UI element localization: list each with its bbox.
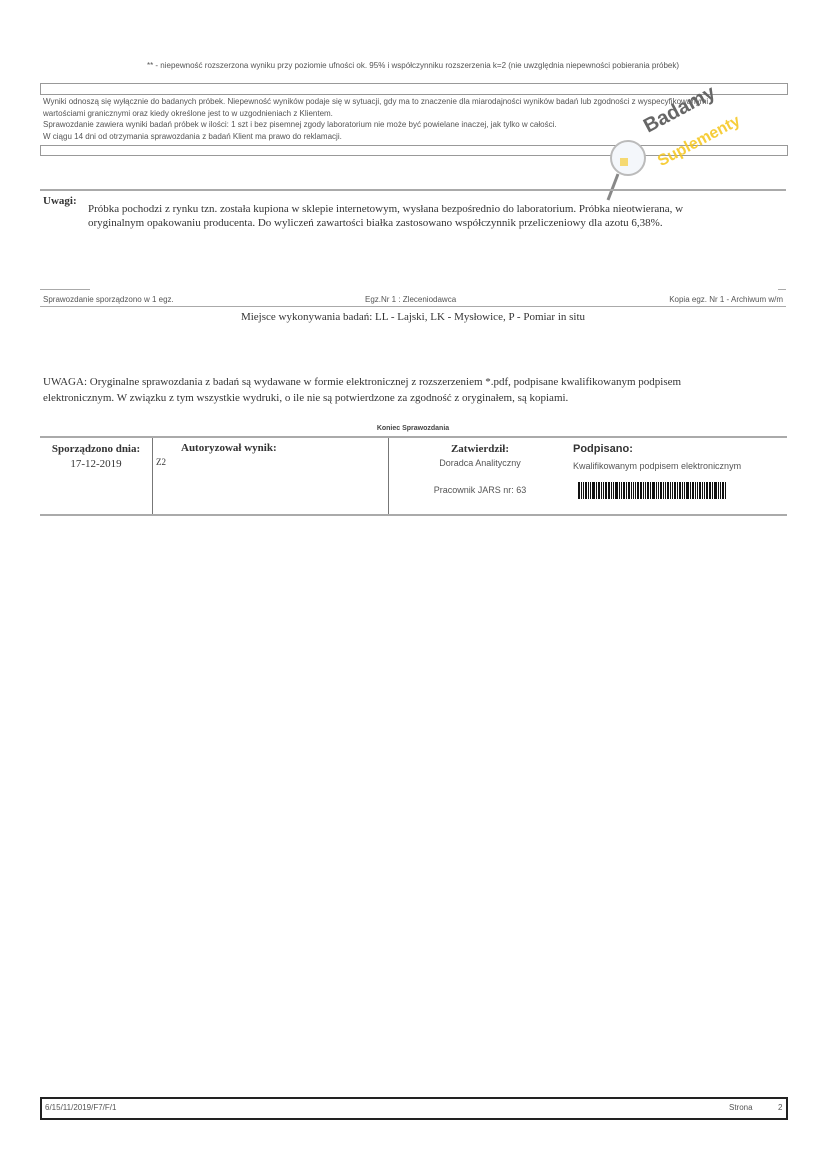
authorized-cell: Autoryzował wynik: Z2 — [153, 438, 388, 514]
page-number: 2 — [778, 1103, 782, 1112]
prepared-label: Sporządzono dnia: — [40, 443, 152, 455]
copies-divider — [40, 306, 786, 307]
approved-cell: Zatwierdził: Doradca Analityczny Pracown… — [389, 438, 571, 514]
short-rule-right — [778, 289, 786, 290]
info-line: Wyniki odnoszą się wyłącznie do badanych… — [43, 96, 788, 108]
section-divider — [40, 189, 786, 191]
info-line: W ciągu 14 dni od otrzymania sprawozdani… — [43, 131, 788, 143]
info-line: wartościami granicznymi oraz kiedy okreś… — [43, 108, 788, 120]
signed-value: Kwalifikowanym podpisem elektronicznym — [573, 461, 787, 471]
info-block: Wyniki odnoszą się wyłącznie do badanych… — [43, 96, 788, 142]
signed-label: Podpisano: — [573, 443, 787, 455]
document-id: 6/15/11/2019/F7/F/1 — [45, 1103, 116, 1112]
info-box-top-border — [40, 83, 788, 95]
signature-table: Sporządzono dnia: 17-12-2019 Autoryzował… — [40, 436, 787, 516]
original-warning: UWAGA: Oryginalne sprawozdania z badań s… — [43, 374, 743, 406]
approved-role: Doradca Analityczny — [389, 458, 571, 468]
info-box-bottom-border — [40, 145, 788, 156]
copy-archive: Kopia egz. Nr 1 - Archiwum w/m — [669, 295, 783, 304]
copies-count: Sprawozdanie sporządzono w 1 egz. — [43, 295, 174, 304]
short-rule-left — [40, 289, 90, 290]
signed-cell: Podpisano: Kwalifikowanym podpisem elekt… — [573, 438, 787, 514]
notes-line: Próbka pochodzi z rynku tzn. została kup… — [88, 202, 688, 216]
notes-label: Uwagi: — [43, 195, 77, 207]
notes-text: Próbka pochodzi z rynku tzn. została kup… — [88, 202, 688, 230]
approved-employee: Pracownik JARS nr: 63 — [389, 485, 571, 495]
prepared-cell: Sporządzono dnia: 17-12-2019 — [40, 438, 152, 514]
warning-line: elektronicznym. W związku z tym wszystki… — [43, 390, 743, 406]
copy-recipient: Egz.Nr 1 : Zleceniodawca — [365, 295, 456, 304]
prepared-date: 17-12-2019 — [40, 458, 152, 470]
approved-label: Zatwierdził: — [389, 443, 571, 455]
testing-locations: Miejsce wykonywania badań: LL - Lajski, … — [0, 311, 826, 323]
end-of-report: Koniec Sprawozdania — [0, 425, 826, 432]
page-label: Strona — [729, 1103, 753, 1112]
uncertainty-footnote: ** - niepewność rozszerzona wyniku przy … — [0, 61, 826, 70]
info-line: Sprawozdanie zawiera wyniki badań próbek… — [43, 119, 788, 131]
notes-line: oryginalnym opakowaniu producenta. Do wy… — [88, 216, 688, 230]
authorized-label: Autoryzował wynik: — [181, 442, 277, 454]
page-footer: 6/15/11/2019/F7/F/1 Strona 2 — [40, 1097, 788, 1120]
signature-barcode — [578, 482, 787, 499]
warning-line: UWAGA: Oryginalne sprawozdania z badań s… — [43, 374, 743, 390]
authorized-value: Z2 — [156, 457, 166, 467]
